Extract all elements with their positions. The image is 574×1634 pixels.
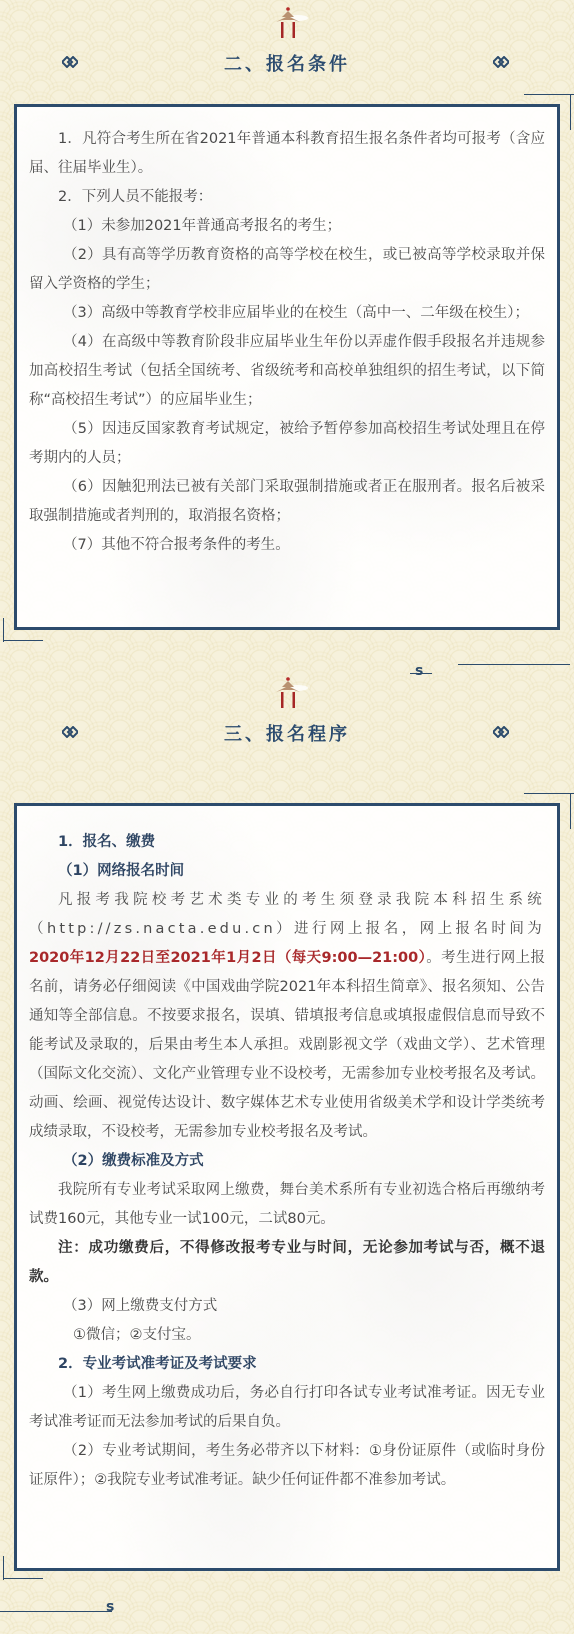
conditions-content-box: 1．凡符合考生所在省2021年普通本科教育招生报名条件者均可报考（含应届、往届毕…	[14, 104, 560, 630]
note-paragraph: 注：成功缴费后，不得修改报考专业与时间，无论参加考试与否，概不退款。	[29, 1234, 545, 1292]
paragraph: ①微信；②支付宝。	[29, 1321, 545, 1350]
highlight-date: 2020年12月22日至2021年1月2日（每天9:00—21:00）	[29, 950, 426, 966]
pavilion-icon	[268, 6, 308, 40]
text-span: 凡报考我院校考艺术类专业的考生须登录我院本科招生系统（http://zs.nac…	[29, 892, 545, 937]
paragraph: （1）考生网上缴费成功后，务必自行打印各试专业考试准考证。因无专业考试准考证而无…	[29, 1379, 545, 1437]
pavilion-icon	[268, 676, 308, 710]
paragraph: （5）因违反国家教育考试规定，被给予暂停参加高校招生考试处理且在停考期内的人员；	[29, 415, 545, 473]
corner-line-decoration	[3, 1578, 43, 1579]
diamond-ornament-icon	[493, 56, 509, 68]
paragraph: （3）网上缴费支付方式	[29, 1292, 545, 1321]
corner-line-decoration	[524, 793, 574, 794]
paragraph: 凡报考我院校考艺术类专业的考生须登录我院本科招生系统（http://zs.nac…	[29, 886, 545, 1147]
paragraph: 1．凡符合考生所在省2021年普通本科教育招生报名条件者均可报考（含应届、往届毕…	[29, 125, 545, 183]
divider-line	[0, 1611, 112, 1612]
procedure-content-box: 1．报名、缴费 （1）网络报名时间 凡报考我院校考艺术类专业的考生须登录我院本科…	[14, 803, 560, 1571]
subheading: （2）缴费标准及方式	[29, 1147, 545, 1176]
corner-line-decoration	[570, 94, 571, 130]
diamond-ornament-icon	[493, 726, 509, 738]
section-title: 三、报名程序	[0, 720, 574, 746]
section-header-procedure: 三、报名程序	[0, 670, 574, 750]
corner-line-decoration	[3, 1556, 4, 1580]
subheading: （1）网络报名时间	[29, 857, 545, 886]
divider-line	[458, 664, 570, 665]
paragraph: （4）在高级中等教育阶段非应届毕业生年份以弄虚作假手段报名并违规参加高校招生考试…	[29, 328, 545, 415]
paragraph: （3）高级中等教育学校非应届毕业的在校生（高中一、二年级在校生）；	[29, 299, 545, 328]
section-header-conditions: 二、报名条件	[0, 0, 574, 80]
corner-line-decoration	[3, 618, 4, 642]
paragraph: 我院所有专业考试采取网上缴费，舞台美术系所有专业初选合格后再缴纳考试费160元，…	[29, 1176, 545, 1234]
section-title: 二、报名条件	[0, 50, 574, 76]
paragraph: （2）具有高等学历教育资格的高等学校在校生，或已被高等学校录取并保留入学资格的学…	[29, 241, 545, 299]
paragraph: （2）专业考试期间，考生务必带齐以下材料：①身份证原件（或临时身份证原件）；②我…	[29, 1437, 545, 1495]
corner-line-decoration	[570, 793, 571, 829]
paragraph: （1）未参加2021年普通高考报名的考生；	[29, 212, 545, 241]
paragraph: 2．下列人员不能报考：	[29, 183, 545, 212]
subheading: 2．专业考试准考证及考试要求	[29, 1350, 545, 1379]
corner-line-decoration	[524, 94, 574, 95]
squiggle-ornament-icon: ꜱ	[106, 1600, 114, 1614]
text-span: 。考生进行网上报名前，请务必仔细阅读《中国戏曲学院2021年本科招生简章》、报名…	[29, 950, 545, 1140]
paragraph: （7）其他不符合报考条件的考生。	[29, 531, 545, 560]
paragraph: （6）因触犯刑法已被有关部门采取强制措施或者正在服刑者。报名后被采取强制措施或者…	[29, 473, 545, 531]
corner-line-decoration	[3, 640, 43, 641]
subheading: 1．报名、缴费	[29, 828, 545, 857]
